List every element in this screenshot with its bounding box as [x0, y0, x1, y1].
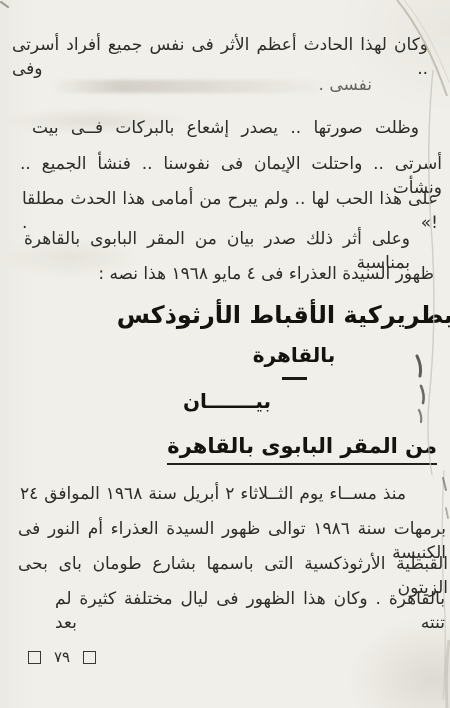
erased-text-smudge [52, 80, 330, 93]
heading-source-underlined: من المقر البابوى بالقاهرة [167, 434, 437, 465]
scanned-book-page: وكان لهذا الحادث أعظم الأثر فى نفس جميع … [0, 0, 450, 708]
page-number-square-icon [83, 651, 96, 664]
paragraph4-line1: منذ مســاء يوم الثــلاثاء ٢ أبريل سنة ١٩… [20, 482, 406, 506]
paragraph3-line2: ظهور السيدة العذراء فى ٤ مايو ١٩٦٨ هذا ن… [98, 262, 434, 286]
paragraph2-line1: وظلت صورتها .. يصدر إشعاع بالبركات فــى … [32, 116, 419, 140]
paragraph1-line2: نفسى . [319, 73, 372, 97]
heading-cairo-underline-dash [282, 377, 307, 380]
heading-source-wrap: من المقر البابوى بالقاهرة [167, 434, 437, 465]
heading-cairo: بالقاهرة [238, 343, 350, 367]
paragraph4-line4: بالقاهرة . وكان هذا الظهور فى ليال مختلف… [55, 587, 445, 635]
heading-statement: بيـــــــان [166, 389, 288, 413]
page-footer: ٧٩ [28, 648, 96, 666]
heading-patriarchate: بطريركية الأقباط الأرثوذكس [117, 301, 450, 329]
page-number: ٧٩ [54, 648, 70, 666]
page-number-square-icon [28, 651, 41, 664]
